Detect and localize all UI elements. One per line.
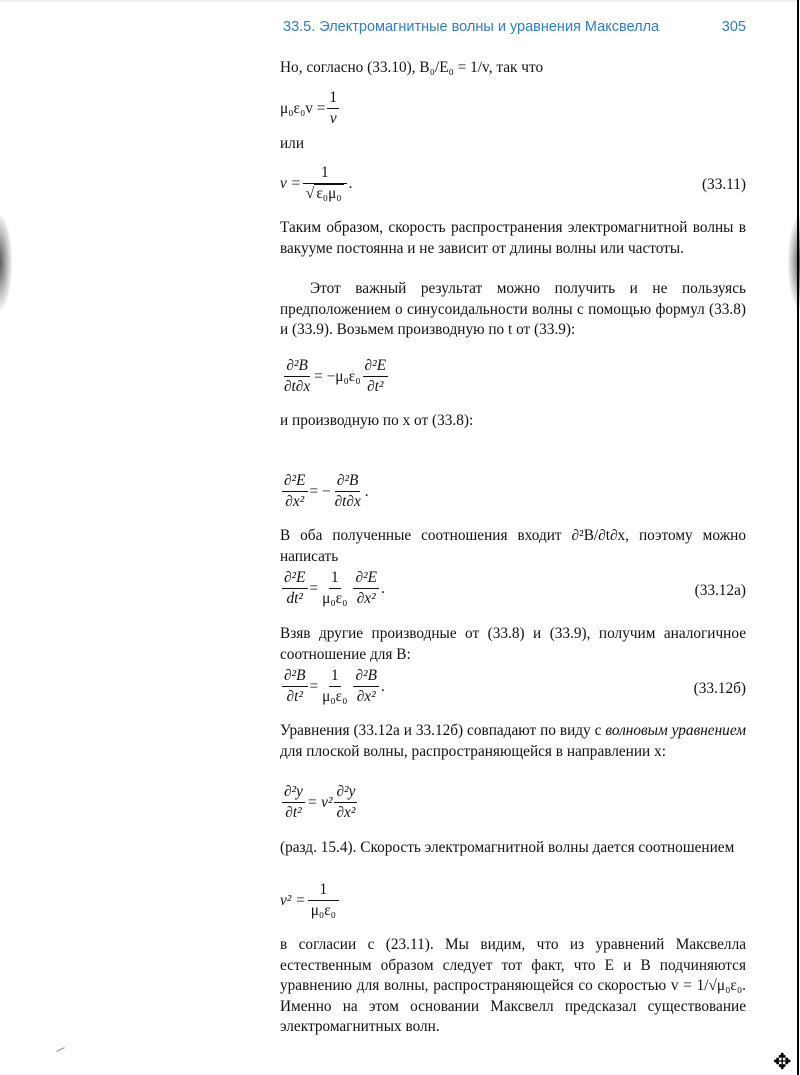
paragraph-3: В оба полученные соотношения входит ∂²B/… xyxy=(280,526,746,567)
emphasis-wave-equation: волновым уравнением xyxy=(605,722,746,739)
equation-label-33-11: (33.11) xyxy=(702,176,746,194)
paragraph-5: Уравнения (33.12а и 33.12б) совпадают по… xyxy=(280,721,746,762)
paragraph-1: Таким образом, скорость распространения … xyxy=(280,218,746,259)
paragraph-6: (разд. 15.4). Скорость электромагнитной … xyxy=(280,838,746,859)
window-border xyxy=(797,0,799,1075)
section-title: 33.5. Электромагнитные волны и уравнения… xyxy=(283,19,659,35)
fraction: 1 v xyxy=(327,89,339,128)
equation-33-12b: ∂²B∂t² = 1μ₀ε₀ ∂²B∂x² . xyxy=(280,667,385,706)
paragraph-2: Этот важный результат можно получить и н… xyxy=(280,279,746,341)
page-number: 305 xyxy=(722,19,746,35)
equation-33-12a: ∂²Edt² = 1μ₀ε₀ ∂²E∂x² . xyxy=(280,569,385,608)
equation-wave: ∂²y∂t² = v² ∂²y∂x² xyxy=(280,783,359,822)
equation-label-33-12a: (33.12а) xyxy=(695,582,746,600)
running-head: 33.5. Электромагнитные волны и уравнения… xyxy=(283,19,746,35)
paragraph-7: в согласии с (23.11). Мы видим, что из у… xyxy=(280,935,746,1038)
top-edge xyxy=(0,0,800,2)
stray-mark xyxy=(56,1047,65,1052)
or-word: или xyxy=(280,135,304,153)
equation-33-11: v = 1 √ε₀μ₀ . xyxy=(280,164,352,203)
paragraph-4: Взяв другие производные от (33.8) и (33.… xyxy=(280,624,746,665)
move-cursor-icon: ✥ xyxy=(773,1052,791,1074)
equation-mu-eps-v: μ₀ε₀v = 1 v xyxy=(280,89,341,128)
equation-label-33-12b: (33.12б) xyxy=(694,680,746,698)
page-turn-shadow-left xyxy=(0,215,12,310)
intro-line: Но, согласно (33.10), B₀/E₀ = 1/v, так ч… xyxy=(280,59,543,77)
equation-dB-dtdx: ∂²B∂t∂x = −μ₀ε₀ ∂²E∂t² xyxy=(280,357,390,396)
fraction: 1 √ε₀μ₀ xyxy=(303,164,347,203)
derivative-x-line: и производную по x от (33.8): xyxy=(280,412,473,430)
equation-v-squared: v² = 1 μ₀ε₀ xyxy=(280,881,341,920)
equation-dE-dx2: ∂²E∂x² = − ∂²B∂t∂x . xyxy=(280,472,369,511)
